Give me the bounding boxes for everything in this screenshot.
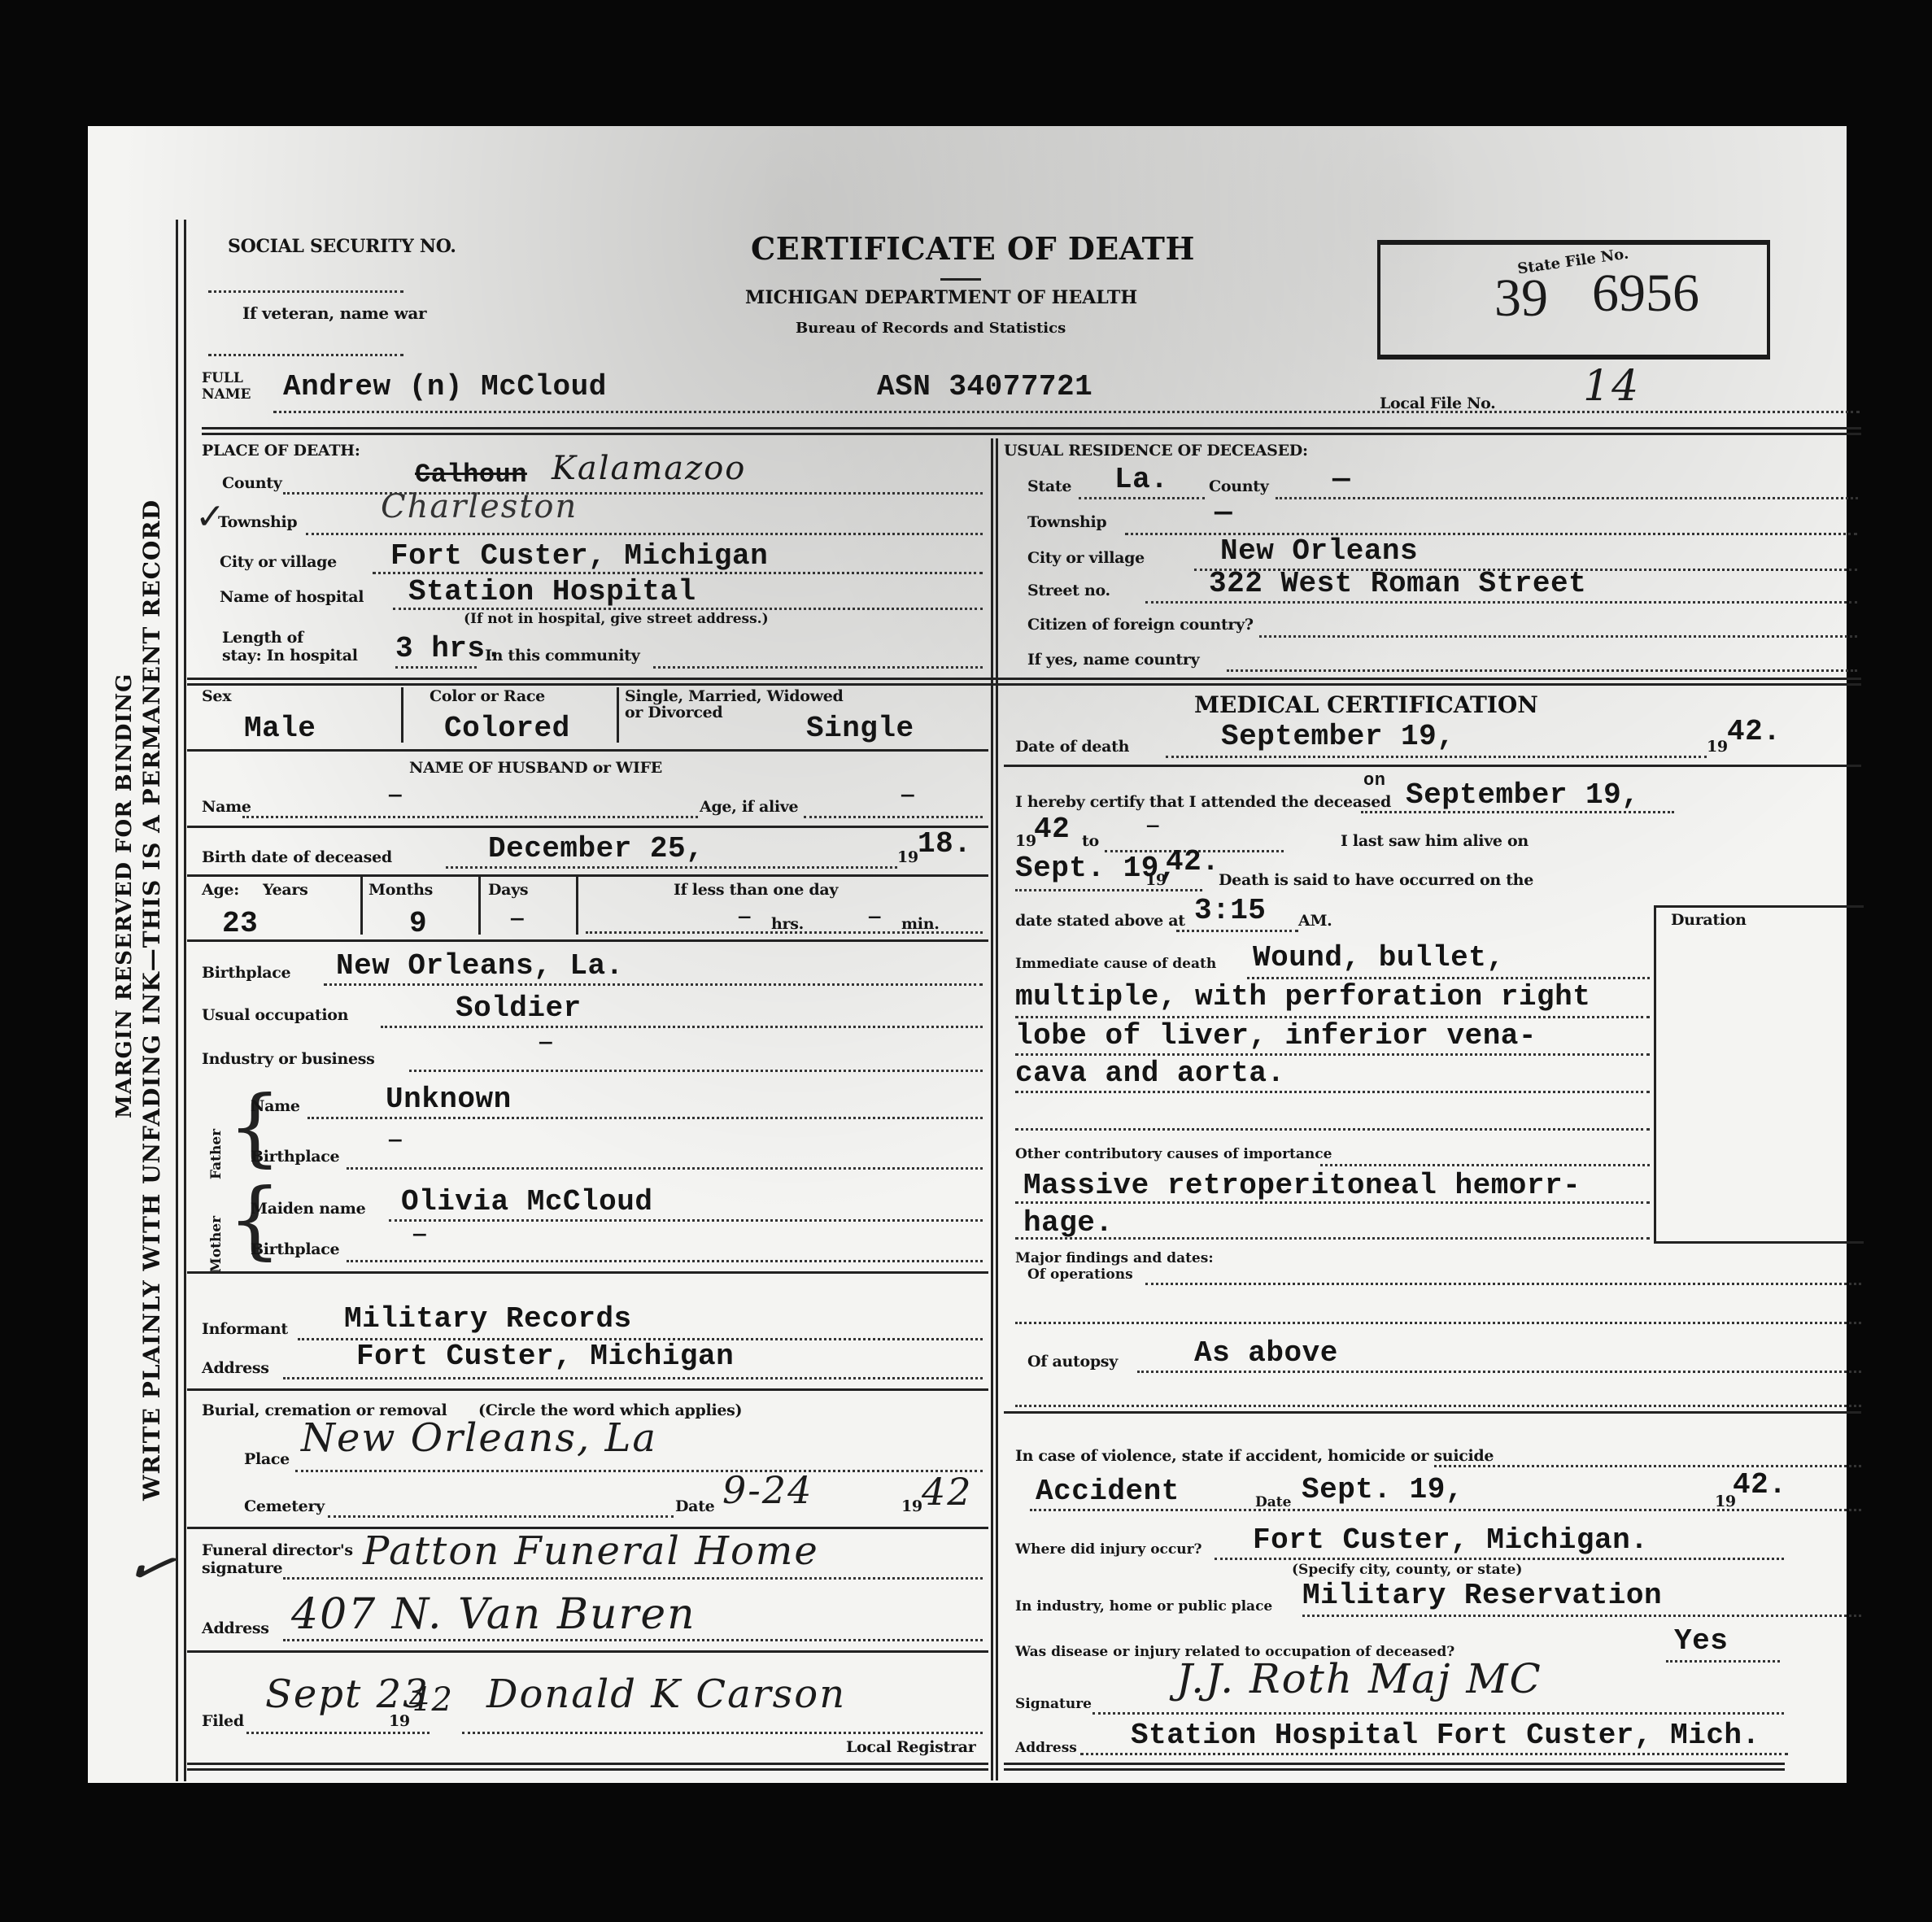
pod-hospital-value: Station Hospital (408, 575, 696, 608)
pod-hospital-note: (If not in hospital, give street address… (464, 611, 769, 627)
duration-label: Duration (1671, 911, 1747, 929)
age-months-label: Months (369, 881, 433, 899)
father-name-value: Unknown (386, 1083, 512, 1116)
birth-date-field[interactable] (446, 866, 897, 869)
mother-side-label: Mother (208, 1216, 225, 1273)
violence-label: In case of violence, state if accident, … (1015, 1447, 1494, 1465)
physician-signature-field[interactable] (1092, 1712, 1784, 1715)
personal-divider-1 (187, 749, 988, 752)
mother-maiden-field[interactable] (389, 1219, 983, 1222)
violence-year-value: 42. (1733, 1468, 1786, 1501)
spouse-name-value: — (389, 783, 402, 808)
immediate-cause-line-1: Wound, bullet, (1253, 941, 1504, 974)
time-value: 3:15 (1194, 894, 1266, 927)
pod-city-label: City or village (220, 553, 337, 571)
res-state-value: La. (1114, 463, 1168, 496)
pod-city-value: Fort Custer, Michigan (390, 539, 768, 573)
res-city-label: City or village (1027, 549, 1145, 567)
res-country-label: If yes, name country (1027, 651, 1199, 669)
pod-county-value: Kalamazoo (552, 450, 746, 487)
other-causes-line-1: Massive retroperitoneal hemorr- (1023, 1169, 1581, 1202)
personal-divider-5 (187, 1271, 988, 1274)
registrar-label: Local Registrar (846, 1738, 975, 1756)
date-stated-label: date stated above at (1015, 912, 1185, 930)
autopsy-label: Of autopsy (1027, 1353, 1118, 1371)
certify-label: I hereby certify that I attended the dec… (1015, 793, 1391, 811)
age-days-value: — (511, 907, 524, 931)
informant-value: Military Records (344, 1302, 632, 1336)
immediate-cause-field-1[interactable] (1247, 977, 1650, 979)
spouse-name-label: Name (202, 798, 251, 816)
injury-place-field[interactable] (1302, 1615, 1861, 1617)
date-of-death-field[interactable] (1166, 756, 1707, 758)
hrs-label: hrs. (771, 915, 804, 933)
physician-address-field[interactable] (1080, 1753, 1788, 1755)
date-of-death-label: Date of death (1015, 738, 1129, 756)
mother-birthplace-label: Birthplace (251, 1240, 339, 1258)
pod-length-label-2: stay: In hospital (222, 647, 358, 665)
marital-label-1: Single, Married, Widowed (625, 687, 843, 705)
birth-date-value: December 25, (488, 832, 704, 865)
age-divider-2 (478, 876, 481, 935)
funeral-divider (187, 1650, 988, 1653)
mother-maiden-value: Olivia McCloud (401, 1185, 652, 1218)
name-row-divider (202, 427, 1861, 435)
industry-value: — (539, 1031, 552, 1055)
father-name-field[interactable] (307, 1117, 983, 1119)
informant-divider (187, 1388, 988, 1391)
res-county-field[interactable] (1276, 497, 1858, 499)
burial-date-value: 9-24 (722, 1468, 813, 1512)
place-of-death-heading: PLACE OF DEATH: (202, 442, 360, 460)
age-months-value: 9 (409, 907, 427, 940)
duration-box: Duration (1654, 905, 1864, 1244)
funeral-address-label: Address (202, 1619, 269, 1637)
industry-field[interactable] (409, 1070, 983, 1072)
res-citizen-label: Citizen of foreign country? (1027, 616, 1254, 634)
informant-label: Informant (202, 1320, 288, 1338)
pod-city-field[interactable] (373, 572, 983, 574)
injury-where-field[interactable] (1215, 1558, 1784, 1560)
death-year-prefix: 19 (1707, 738, 1728, 756)
burial-date-label: Date (675, 1497, 714, 1515)
occupation-value: Soldier (456, 992, 582, 1025)
state-file-number: 6956 (1592, 263, 1699, 325)
time-suffix: AM. (1298, 912, 1332, 930)
other-causes-line-2: hage. (1023, 1206, 1114, 1240)
death-certificate-paper: MARGIN RESERVED FOR BINDING WRITE PLAINL… (88, 126, 1847, 1783)
funeral-director-label-2: signature (202, 1559, 282, 1577)
age-years-value: 23 (222, 907, 258, 940)
filed-year-value: 42 (409, 1681, 454, 1719)
medical-divider-2 (1004, 1411, 1861, 1414)
title-rule (940, 278, 981, 281)
pod-hospital-label: Name of hospital (220, 588, 364, 606)
res-street-value: 322 West Roman Street (1209, 567, 1586, 600)
medical-certification-heading: MEDICAL CERTIFICATION (1194, 691, 1538, 718)
immediate-cause-label: Immediate cause of death (1015, 956, 1216, 972)
operations-field-2[interactable] (1015, 1322, 1861, 1324)
res-city-value: New Orleans (1220, 534, 1418, 568)
cemetery-label: Cemetery (244, 1497, 325, 1515)
burial-year-value: 42 (922, 1470, 973, 1514)
burial-place-field[interactable] (295, 1470, 983, 1472)
physician-signature-label: Signature (1015, 1696, 1092, 1712)
margin-binding-text: MARGIN RESERVED FOR BINDING (112, 673, 137, 1118)
state-file-prefix: 39 (1494, 268, 1548, 329)
mother-maiden-label: Maiden name (251, 1200, 365, 1218)
funeral-address-field[interactable] (283, 1639, 983, 1641)
funeral-director-field[interactable] (283, 1577, 983, 1580)
personal-divider-4 (187, 939, 988, 942)
marital-label-2: or Divorced (625, 704, 722, 721)
pod-length-field[interactable] (395, 666, 477, 669)
filed-value: Sept 23 (265, 1671, 430, 1717)
local-file-number: 14 (1583, 362, 1640, 411)
violence-field[interactable] (1030, 1509, 1861, 1511)
spouse-heading: NAME OF HUSBAND or WIFE (409, 759, 662, 777)
res-township-label: Township (1027, 513, 1106, 531)
filed-divider (187, 1763, 988, 1771)
to-value: — (1147, 816, 1159, 838)
full-label: FULL (202, 370, 243, 386)
form-border-left-outer (176, 220, 178, 1781)
pod-township-label: Township (218, 513, 297, 531)
birthplace-field[interactable] (324, 983, 983, 986)
physician-address-label: Address (1015, 1740, 1077, 1756)
age-years-label: Years (263, 881, 308, 899)
usual-residence-heading: USUAL RESIDENCE OF DECEASED: (1004, 442, 1308, 460)
autopsy-field[interactable] (1137, 1371, 1861, 1373)
occupation-label: Usual occupation (202, 1006, 348, 1024)
birthplace-label: Birthplace (202, 964, 290, 982)
full-name-field[interactable] (273, 411, 1860, 413)
violence-date-label: Date (1255, 1494, 1291, 1510)
last-saw-year-value: 42. (1166, 845, 1219, 878)
injury-where-value: Fort Custer, Michigan. (1253, 1523, 1648, 1557)
section-divider-1 (187, 678, 1861, 686)
birth-date-label: Birth date of deceased (202, 848, 392, 866)
spouse-name-field[interactable] (242, 816, 698, 818)
last-saw-label: I last saw him alive on (1341, 832, 1529, 850)
mother-birthplace-value: — (413, 1222, 426, 1247)
res-state-field[interactable] (1079, 497, 1205, 499)
burial-place-label: Place (244, 1450, 290, 1468)
race-value: Colored (444, 712, 570, 745)
attended-year-prefix: 19 (1015, 832, 1036, 850)
veteran-war-label: If veteran, name war (242, 303, 426, 323)
registrar-signature-field[interactable] (462, 1732, 983, 1734)
sex-value: Male (244, 712, 316, 745)
autopsy-field-2[interactable] (1015, 1405, 1861, 1407)
res-citizen-field[interactable] (1259, 635, 1857, 638)
spouse-age-field[interactable] (804, 816, 983, 818)
last-saw-year-prefix: 19 (1145, 871, 1167, 889)
attended-from-value: September 19, (1406, 778, 1639, 812)
occupation-related-value: Yes (1674, 1624, 1728, 1658)
immediate-cause-field-2[interactable] (1015, 1016, 1650, 1018)
asn-value: ASN 34077721 (877, 370, 1092, 403)
registrar-signature: Donald K Carson (486, 1671, 846, 1717)
injury-where-label: Where did injury occur? (1015, 1541, 1202, 1558)
column-divider (991, 438, 998, 1780)
pod-community-label: In this community (485, 647, 639, 665)
medical-bottom-divider (1004, 1763, 1785, 1771)
funeral-director-label-1: Funeral director's (202, 1541, 353, 1559)
immediate-cause-line-3: lobe of liver, inferior vena- (1015, 1019, 1537, 1053)
min-label: min. (901, 915, 940, 933)
informant-address-label: Address (202, 1359, 269, 1377)
personal-divider-3 (187, 874, 988, 877)
immediate-cause-line-4: cava and aorta. (1015, 1057, 1285, 1090)
violence-label-field[interactable] (1434, 1465, 1861, 1467)
pod-township-value: Charleston (381, 488, 578, 525)
social-security-label: SOCIAL SECURITY NO. (228, 236, 456, 257)
pod-county-label: County (222, 474, 281, 492)
pod-township-field[interactable] (306, 533, 983, 535)
personal-divider-2 (187, 826, 988, 828)
funeral-address-value: 407 N. Van Buren (291, 1590, 696, 1639)
injury-where-note: (Specify city, county, or state) (1292, 1562, 1522, 1578)
age-days-label: Days (488, 881, 528, 899)
birth-year-value: 18. (918, 827, 971, 861)
res-county-value: — (1332, 463, 1350, 496)
to-label: to (1082, 832, 1099, 850)
immediate-cause-line-2: multiple, with perforation right (1015, 980, 1590, 1013)
death-said-label: Death is said to have occurred on the (1219, 871, 1533, 889)
filed-label: Filed (202, 1712, 244, 1730)
filed-date-field[interactable] (246, 1732, 430, 1734)
father-side-label: Father (208, 1129, 225, 1179)
autopsy-value: As above (1194, 1336, 1338, 1370)
immediate-cause-field-3[interactable] (1015, 1053, 1650, 1056)
date-of-death-value: September 19, (1221, 720, 1454, 753)
marital-value: Single (806, 712, 914, 745)
min-value: — (869, 907, 881, 929)
age-label: Age: (202, 881, 239, 899)
violence-value: Accident (1036, 1475, 1180, 1508)
res-street-label: Street no. (1027, 582, 1110, 599)
physician-signature-value: J.J. Roth Maj MC (1176, 1655, 1542, 1702)
immediate-cause-field-4[interactable] (1015, 1091, 1650, 1093)
margin-check-mark-icon: ✓ (117, 1527, 185, 1606)
funeral-director-signature: Patton Funeral Home (363, 1528, 819, 1574)
res-state-label: State (1027, 477, 1071, 495)
father-birthplace-value: — (389, 1128, 402, 1153)
form-border-left-inner (184, 220, 186, 1781)
race-label: Color or Race (430, 687, 545, 705)
other-causes-field-2[interactable] (1015, 1237, 1650, 1240)
operations-field[interactable] (1145, 1283, 1861, 1285)
industry-label: Industry or business (202, 1050, 375, 1068)
filed-year-prefix: 19 (389, 1712, 410, 1730)
spouse-age-value: — (901, 783, 914, 808)
veteran-war-field[interactable] (208, 354, 403, 356)
pod-county-struck-value: Calhoun (415, 460, 527, 490)
occupation-field[interactable] (381, 1026, 983, 1028)
operations-label: Of operations (1027, 1266, 1133, 1283)
social-security-field[interactable] (208, 290, 403, 293)
father-name-label: Name (251, 1097, 300, 1115)
state-file-box: State File No. 39 6956 (1377, 240, 1770, 360)
age-divider-3 (576, 876, 578, 935)
res-country-field[interactable] (1227, 669, 1857, 672)
immediate-cause-field-5[interactable] (1015, 1128, 1650, 1131)
hrs-value: — (739, 907, 751, 929)
res-township-value: — (1215, 496, 1232, 530)
informant-address-value: Fort Custer, Michigan (356, 1340, 734, 1373)
violence-date-value: Sept. 19, (1302, 1473, 1463, 1506)
burial-place-value: New Orleans, La (301, 1415, 657, 1461)
informant-address-field[interactable] (283, 1377, 983, 1379)
full-name-value: Andrew (n) McCloud (283, 370, 607, 403)
mother-birthplace-field[interactable] (347, 1260, 983, 1262)
race-marital-divider (617, 687, 619, 743)
last-saw-field[interactable] (1015, 889, 1202, 891)
father-birthplace-field[interactable] (347, 1167, 983, 1170)
sex-race-divider (401, 687, 403, 743)
injury-place-label: In industry, home or public place (1015, 1598, 1272, 1615)
birthplace-value: New Orleans, La. (336, 949, 624, 983)
sex-label: Sex (202, 687, 231, 705)
physician-address-value: Station Hospital Fort Custer, Mich. (1131, 1719, 1760, 1752)
department-name: MICHIGAN DEPARTMENT OF HEALTH (745, 287, 1137, 308)
pod-length-label-1: Length of (222, 629, 303, 647)
pod-hospital-field[interactable] (393, 608, 983, 610)
other-causes-label: Other contributory causes of importance (1015, 1146, 1332, 1162)
attended-year-value: 42 (1034, 813, 1070, 846)
other-causes-field-1[interactable] (1015, 1201, 1650, 1204)
certificate-title: CERTIFICATE OF DEATH (751, 230, 1195, 267)
time-field[interactable] (1176, 930, 1298, 932)
father-birthplace-label: Birthplace (251, 1148, 339, 1166)
name-label: NAME (202, 386, 251, 403)
cemetery-field[interactable] (328, 1515, 674, 1518)
spouse-age-label: Age, if alive (700, 798, 798, 816)
pod-community-field[interactable] (653, 666, 983, 669)
less-than-day-label: If less than one day (674, 881, 838, 899)
res-street-field[interactable] (1145, 601, 1857, 604)
res-county-label: County (1209, 477, 1268, 495)
birth-year-prefix: 19 (897, 848, 918, 866)
occupation-related-field[interactable] (1666, 1660, 1780, 1663)
attended-from-field[interactable] (1361, 811, 1674, 813)
less-than-day-field[interactable] (586, 931, 983, 934)
attended-on: on (1363, 770, 1385, 791)
local-file-label: Local File No. (1380, 394, 1496, 412)
injury-place-value: Military Reservation (1302, 1579, 1662, 1612)
major-findings-label: Major findings and dates: (1015, 1250, 1214, 1266)
other-causes-field-0[interactable] (1320, 1164, 1650, 1166)
burial-year-prefix: 19 (901, 1497, 922, 1515)
bureau-name: Bureau of Records and Statistics (796, 320, 1066, 337)
age-divider-1 (360, 876, 363, 935)
death-year-value: 42. (1727, 715, 1781, 748)
margin-permanent-record-text: WRITE PLAINLY WITH UNFADING INK—THIS IS … (138, 499, 165, 1501)
medical-divider-1 (1004, 765, 1861, 767)
